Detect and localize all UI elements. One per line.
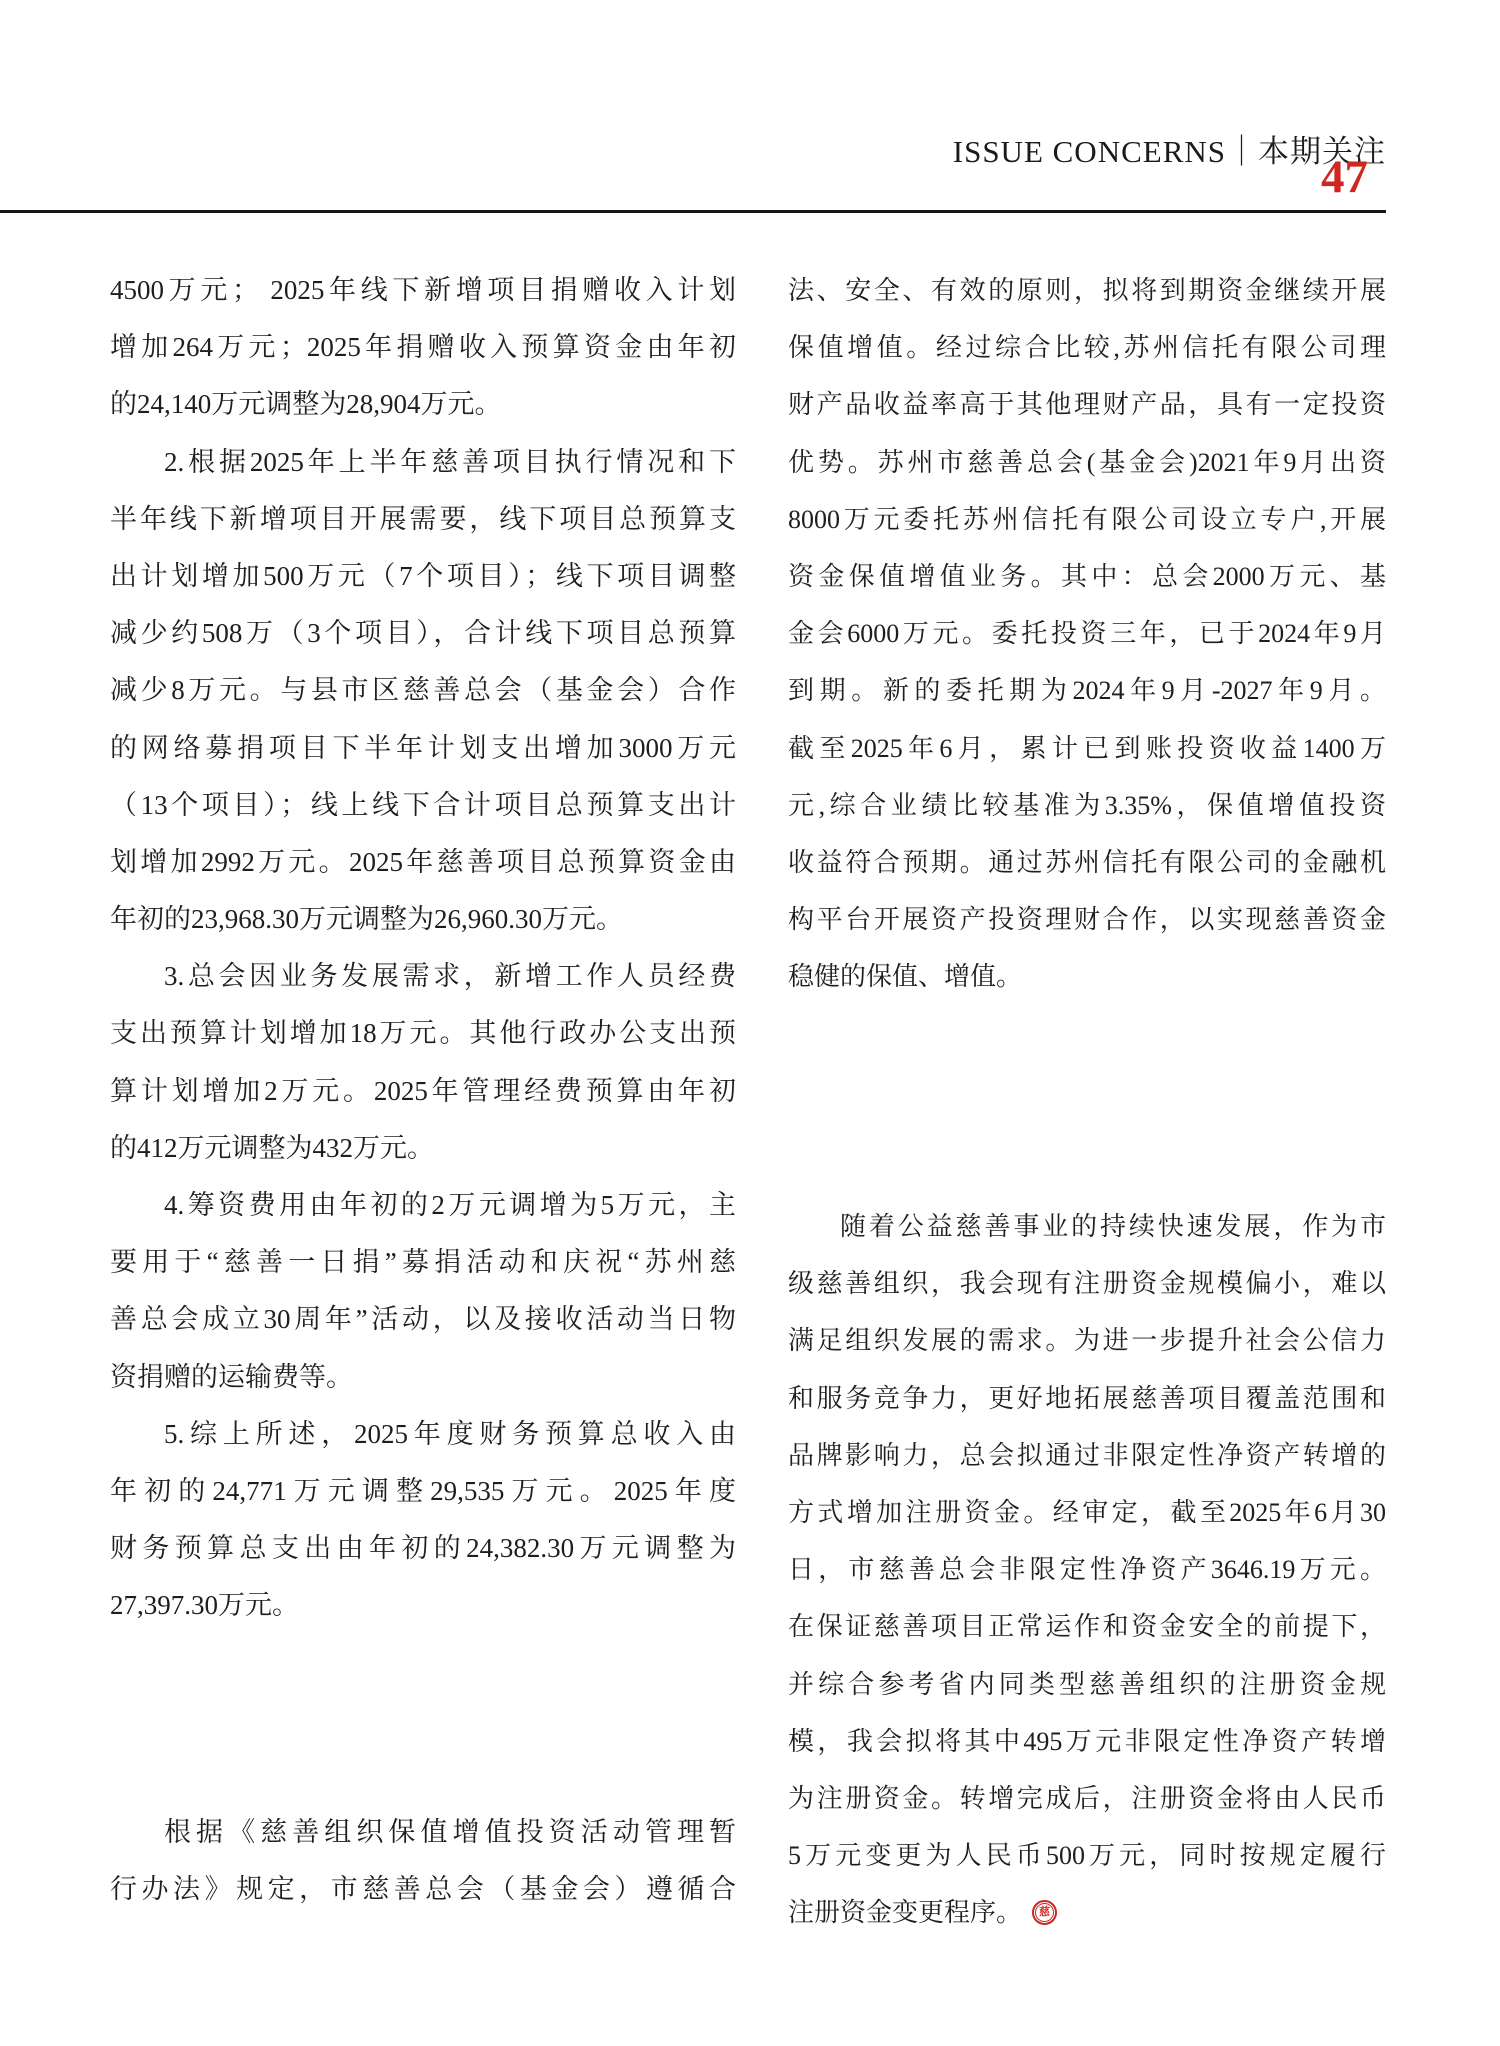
text-line: 金会6000万元。委托投资三年，已于2024年9月 bbox=[788, 605, 1386, 662]
text-line: 方式增加注册资金。经审定，截至2025年6月30 bbox=[788, 1484, 1386, 1541]
text-line: 划增加2992万元。2025年慈善项目总预算资金由 bbox=[110, 834, 736, 891]
text-line: 到期。新的委托期为2024年9月-2027年9月。 bbox=[788, 662, 1386, 719]
text-line: 算计划增加2万元。2025年管理经费预算由年初 bbox=[110, 1063, 736, 1120]
text-line: 资捐赠的运输费等。 bbox=[110, 1349, 736, 1406]
text-line: 优势。苏州市慈善总会(基金会)2021年9月出资 bbox=[788, 434, 1386, 491]
right-column-text-block-1: 法、安全、有效的原则，拟将到期资金继续开展保值增值。经过综合比较,苏州信托有限公… bbox=[788, 262, 1386, 1005]
text-line: 保值增值。经过综合比较,苏州信托有限公司理 bbox=[788, 319, 1386, 376]
text-line: 和服务竞争力，更好地拓展慈善项目覆盖范围和 bbox=[788, 1370, 1386, 1427]
text-line: 元,综合业绩比较基准为3.35%，保值增值投资 bbox=[788, 777, 1386, 834]
text-line: 年初的23,968.30万元调整为26,960.30万元。 bbox=[110, 891, 736, 948]
text-line: 4.筹资费用由年初的2万元调增为5万元，主 bbox=[110, 1177, 736, 1234]
text-line: （13个项目）；线上线下合计项目总预算支出计 bbox=[110, 777, 736, 834]
text-line: 法、安全、有效的原则，拟将到期资金继续开展 bbox=[788, 262, 1386, 319]
text-line: 财产品收益率高于其他理财产品，具有一定投资 bbox=[788, 376, 1386, 433]
text-line: 日，市慈善总会非限定性净资产3646.19万元。 bbox=[788, 1541, 1386, 1598]
text-line: 稳健的保值、增值。 bbox=[788, 948, 1386, 1005]
text-line: 5.综上所述，2025年度财务预算总收入由 bbox=[110, 1406, 736, 1463]
text-line: 根据《慈善组织保值增值投资活动管理暂 bbox=[110, 1804, 736, 1861]
text-line: 年初的24,771万元调整29,535万元。2025年度 bbox=[110, 1463, 736, 1520]
text-line: 资金保值增值业务。其中：总会2000万元、基 bbox=[788, 548, 1386, 605]
text-line: 5万元变更为人民币500万元，同时按规定履行 bbox=[788, 1827, 1386, 1884]
text-line: 增加264万元；2025年捐赠收入预算资金由年初 bbox=[110, 319, 736, 376]
text-line: 2.根据2025年上半年慈善项目执行情况和下 bbox=[110, 434, 736, 491]
text-line: 并综合参考省内同类型慈善组织的注册资金规 bbox=[788, 1656, 1386, 1713]
section-header-6: 六、苏州市慈善总会增加注册资金方案 bbox=[788, 1130, 1378, 1196]
text-line: 减少8万元。与县市区慈善总会（基金会）合作 bbox=[110, 662, 736, 719]
text-line: 截至2025年6月，累计已到账投资收益1400万 bbox=[788, 720, 1386, 777]
text-line: 财务预算总支出由年初的24,382.30万元调整为 bbox=[110, 1520, 736, 1577]
text-line: 3.总会因业务发展需求，新增工作人员经费 bbox=[110, 948, 736, 1005]
text-line: 随着公益慈善事业的持续快速发展，作为市 bbox=[788, 1198, 1386, 1255]
document-page: ISSUE CONCERNS｜本期关注 47 4500万元； 2025年线下新增… bbox=[0, 0, 1500, 2046]
text-line: 为注册资金。转增完成后，注册资金将由人民币 bbox=[788, 1770, 1386, 1827]
text-line: 收益符合预期。通过苏州信托有限公司的金融机 bbox=[788, 834, 1386, 891]
right-column-text-block-2: 随着公益慈善事业的持续快速发展，作为市级慈善组织，我会现有注册资金规模偏小，难以… bbox=[788, 1198, 1386, 1941]
text-line: 的网络募捐项目下半年计划支出增加3000万元 bbox=[110, 720, 736, 777]
text-line: 要用于“慈善一日捐”募捐活动和庆祝“苏州慈 bbox=[110, 1234, 736, 1291]
end-seal-glyph: 慈 bbox=[1035, 1903, 1054, 1922]
end-seal-icon: 慈 bbox=[1032, 1900, 1057, 1925]
text-line: 注册资金变更程序。 bbox=[788, 1884, 1386, 1941]
text-line: 级慈善组织，我会现有注册资金规模偏小，难以 bbox=[788, 1255, 1386, 1312]
text-line: 品牌影响力，总会拟通过非限定性净资产转增的 bbox=[788, 1427, 1386, 1484]
text-line: 模，我会拟将其中495万元非限定性净资产转增 bbox=[788, 1713, 1386, 1770]
text-line: 满足组织发展的需求。为进一步提升社会公信力 bbox=[788, 1312, 1386, 1369]
text-line: 8000万元委托苏州信托有限公司设立专户,开展 bbox=[788, 491, 1386, 548]
section-header-5: 五、年度资金保值增值方案 bbox=[140, 1706, 734, 1764]
text-line: 在保证慈善项目正常运作和资金安全的前提下， bbox=[788, 1598, 1386, 1655]
text-line: 行办法》规定，市慈善总会（基金会）遵循合 bbox=[110, 1861, 736, 1918]
text-line: 半年线下新增项目开展需要，线下项目总预算支 bbox=[110, 491, 736, 548]
text-line: 构平台开展资产投资理财合作，以实现慈善资金 bbox=[788, 891, 1386, 948]
left-column-text-block-2: 根据《慈善组织保值增值投资活动管理暂行办法》规定，市慈善总会（基金会）遵循合 bbox=[110, 1804, 736, 1918]
text-line: 出计划增加500万元（7个项目）；线下项目调整 bbox=[110, 548, 736, 605]
text-line: 支出预算计划增加18万元。其他行政办公支出预 bbox=[110, 1005, 736, 1062]
text-line: 27,397.30万元。 bbox=[110, 1577, 736, 1634]
left-column-text-block-1: 4500万元； 2025年线下新增项目捐赠收入计划增加264万元；2025年捐赠… bbox=[110, 262, 736, 1635]
page-number: 47 bbox=[1321, 152, 1368, 202]
text-line: 减少约508万（3个项目），合计线下项目总预算 bbox=[110, 605, 736, 662]
text-line: 的24,140万元调整为28,904万元。 bbox=[110, 376, 736, 433]
text-line: 的412万元调整为432万元。 bbox=[110, 1120, 736, 1177]
header-rule bbox=[0, 210, 1386, 213]
text-line: 善总会成立30周年”活动，以及接收活动当日物 bbox=[110, 1291, 736, 1348]
text-line: 4500万元； 2025年线下新增项目捐赠收入计划 bbox=[110, 262, 736, 319]
